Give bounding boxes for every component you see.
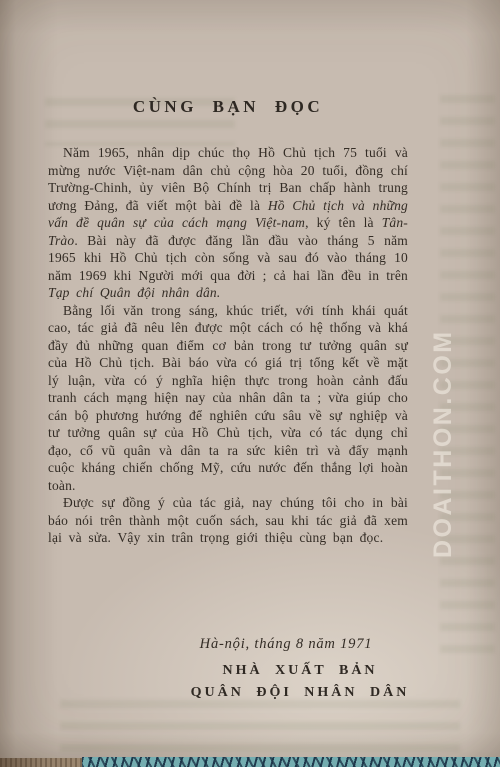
paragraph-3: Được sự đồng ý của tác giả, nay chúng tô… bbox=[48, 494, 408, 547]
book-page: CÙNG BẠN ĐỌC Năm 1965, nhân dịp chúc thọ… bbox=[0, 0, 500, 758]
page-title: CÙNG BẠN ĐỌC bbox=[48, 97, 408, 117]
body-text: Năm 1965, nhân dịp chúc thọ Hồ Chủ tịch … bbox=[48, 144, 408, 547]
publisher-line-2: QUÂN ĐỘI NHÂN DÂN bbox=[130, 682, 470, 704]
ghost-showthrough-right-margin bbox=[440, 95, 495, 655]
signature-block: Hà-nội, tháng 8 năm 1971 NHÀ XUẤT BẢN QU… bbox=[130, 636, 470, 704]
backing-fabric bbox=[0, 757, 500, 767]
paragraph-2: Bằng lối văn trong sáng, khúc triết, với… bbox=[48, 302, 408, 495]
ghost-showthrough-bottom bbox=[60, 700, 460, 752]
dateline: Hà-nội, tháng 8 năm 1971 bbox=[130, 636, 470, 653]
paragraph-1: Năm 1965, nhân dịp chúc thọ Hồ Chủ tịch … bbox=[48, 144, 408, 302]
watermark-text: DOAITHON.COM bbox=[428, 292, 458, 596]
book-page-photo: CÙNG BẠN ĐỌC Năm 1965, nhân dịp chúc thọ… bbox=[0, 0, 500, 767]
backing-teal-strip bbox=[82, 757, 500, 767]
backing-brown-strip bbox=[0, 758, 82, 767]
publisher-line-1: NHÀ XUẤT BẢN bbox=[130, 660, 470, 682]
